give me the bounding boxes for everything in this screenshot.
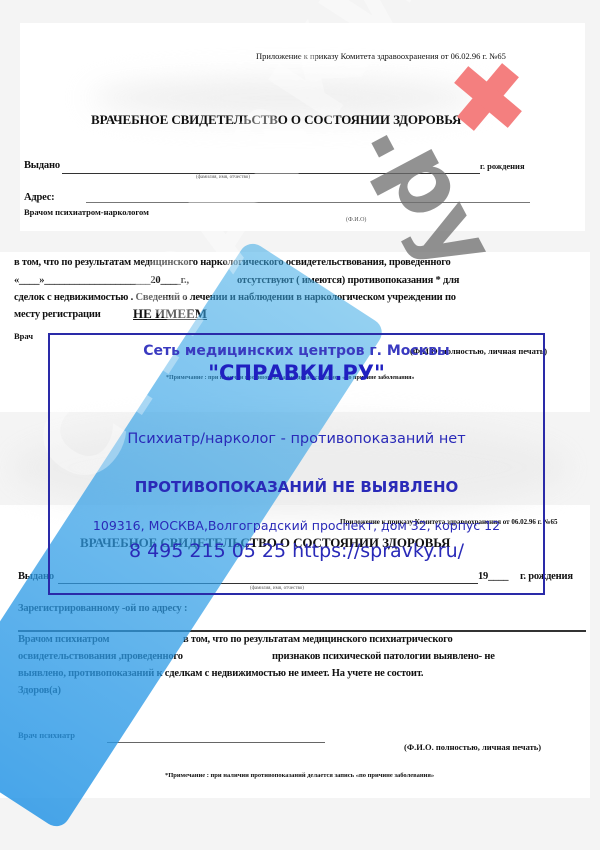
stamp-brand: "СПРАВКИ.РУ" <box>50 361 543 385</box>
clinic-stamp: Сеть медицинских центров г. Москвы "СПРА… <box>48 333 545 595</box>
issued-label: Выдано <box>24 160 60 171</box>
address-label: Адрес: <box>24 192 54 203</box>
stamp-network: Сеть медицинских центров г. Москвы <box>50 343 543 359</box>
issued-field-line <box>62 173 480 174</box>
stamp-address: 109316, МОСКВА,Волгоградский проспект, д… <box>50 518 543 533</box>
stamp-verdict: ПРОТИВОПОКАЗАНИЙ НЕ ВЫЯВЛЕНО <box>50 478 543 496</box>
signature-line <box>107 742 325 743</box>
doctor-label: Врач психиатр <box>18 730 75 740</box>
paragraph-line: освидетельствования ,проведенного <box>18 651 183 662</box>
paragraph-line: Врачом психиатром <box>18 634 109 645</box>
paragraph-line: месту регистрации <box>14 309 101 320</box>
paragraph-line: сделок с недвижимостью . Сведений о лече… <box>14 292 456 303</box>
registered-label: Зарегистрированному -ой по адресу : <box>18 603 187 614</box>
footnote: *Примечание : при наличии противопоказан… <box>165 772 434 779</box>
emphasis-not-registered: НЕ ИМЕЕМ <box>133 306 207 322</box>
date-field: «____»_____________________20____г., <box>14 275 189 286</box>
stamp-specialist: Психиатр/нарколог - противопоказаний нет <box>50 431 543 447</box>
order-reference: Приложение к приказу Комитета здравоохра… <box>256 51 506 61</box>
address-field-line <box>86 202 530 203</box>
issued-caption: (фамилия, имя, отчество) <box>196 175 250 180</box>
address-field-line <box>18 630 586 632</box>
stamp-contacts: 8 495 215 05 25 https://spravky.ru/ <box>50 540 543 562</box>
paragraph-line: выявлено, противопоказаний к сделкам с н… <box>18 668 423 679</box>
doctor-short-label: Врач <box>14 331 33 341</box>
form-title: ВРАЧЕБНОЕ СВИДЕТЕЛЬСТВО О СОСТОЯНИИ ЗДОР… <box>91 112 461 128</box>
signature-caption: (Ф.И.О. полностью, личная печать) <box>404 742 541 752</box>
doctor-label: Врачом психиатром-наркологом <box>24 207 149 217</box>
paragraph-line: в том, что по результатам медицинского н… <box>14 257 451 268</box>
paragraph-line: отсутствуют ( имеются) противопоказания … <box>237 275 459 286</box>
birth-label: г. рождения <box>480 161 525 171</box>
paragraph-line: в том, что по результатам медицинского п… <box>183 634 453 645</box>
paragraph-line: признаков психической патологии выявлено… <box>272 651 495 662</box>
fio-caption: (Ф.И.О) <box>346 217 366 223</box>
health-status: Здоров(а) <box>18 685 61 696</box>
